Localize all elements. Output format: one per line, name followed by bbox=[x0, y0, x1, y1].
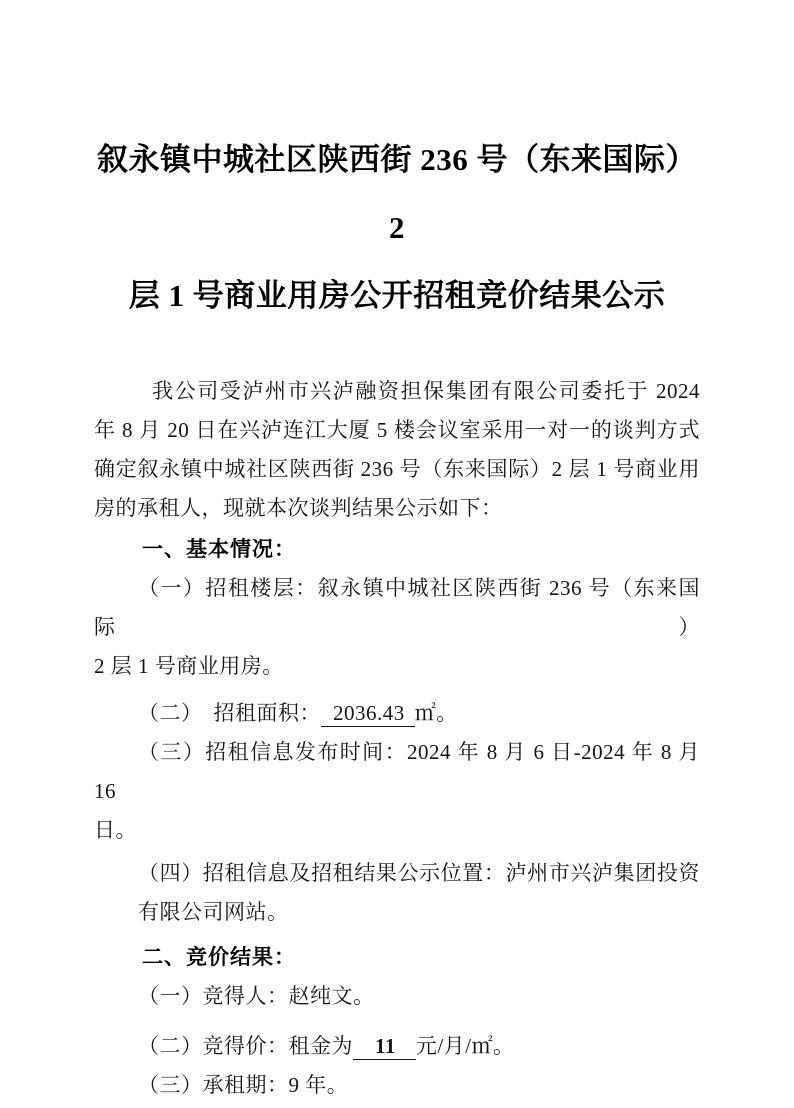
rental-area-value: 2036.43 bbox=[321, 701, 415, 727]
intro-paragraph: 我公司受泸州市兴泸融资担保集团有限公司委托于 2024年 8 月 20 日在兴泸… bbox=[94, 372, 700, 528]
rental-area-label: （二） 招租面积： bbox=[138, 701, 321, 725]
page-title-line-1: 叙永镇中城社区陕西街 236 号（东来国际）2 bbox=[94, 126, 700, 262]
rental-area-unit: ㎡。 bbox=[415, 701, 458, 725]
section-1-heading: 一、基本情况： bbox=[94, 530, 700, 569]
publish-time-item: （三）招租信息发布时间：2024 年 8 月 6 日-2024 年 8 月 16… bbox=[94, 733, 700, 850]
price-value: 11 bbox=[353, 1034, 416, 1060]
document-body: 我公司受泸州市兴泸融资担保集团有限公司委托于 2024年 8 月 20 日在兴泸… bbox=[94, 372, 700, 1105]
text-line: 有限公司网站。 bbox=[138, 893, 700, 932]
document-title: 叙永镇中城社区陕西街 236 号（东来国际）2 层 1 号商业用房公开招租竞价结… bbox=[94, 0, 700, 330]
text-line: 年 8 月 20 日在兴泸连江大厦 5 楼会议室采用一对一的谈判方式 bbox=[94, 411, 700, 450]
page-title-line-2: 层 1 号商业用房公开招租竞价结果公示 bbox=[94, 262, 700, 330]
publish-location-item: （四）招租信息及招租结果公示位置：泸州市兴泸集团投资有限公司网站。 bbox=[138, 854, 700, 932]
text-line: （一）招租楼层：叙永镇中城社区陕西街 236 号（东来国际） bbox=[94, 569, 700, 647]
rental-area-item: （二） 招租面积：2036.43㎡。 bbox=[94, 694, 700, 733]
text-line: 确定叙永镇中城社区陕西街 236 号（东来国际）2 层 1 号商业用 bbox=[94, 450, 700, 489]
text-line: 日。 bbox=[94, 811, 700, 850]
section-2-heading: 二、竞价结果： bbox=[94, 938, 700, 977]
text-line: 房的承租人，现就本次谈判结果公示如下： bbox=[94, 489, 700, 528]
text-line: 2 层 1 号商业用房。 bbox=[94, 647, 700, 686]
text-line: （三）招租信息发布时间：2024 年 8 月 6 日-2024 年 8 月 16 bbox=[94, 733, 700, 811]
text-line: （四）招租信息及招租结果公示位置：泸州市兴泸集团投资 bbox=[138, 854, 700, 893]
price-unit: 元/月/㎡。 bbox=[416, 1034, 515, 1058]
price-label: （二）竞得价：租金为 bbox=[138, 1034, 353, 1058]
winner-item: （一）竞得人：赵纯文。 bbox=[94, 977, 700, 1016]
lease-term-item: （三）承租期：9 年。 bbox=[94, 1066, 700, 1105]
rental-floor-item: （一）招租楼层：叙永镇中城社区陕西街 236 号（东来国际）2 层 1 号商业用… bbox=[94, 569, 700, 686]
price-item: （二）竞得价：租金为11元/月/㎡。 bbox=[94, 1027, 700, 1066]
document-page: 叙永镇中城社区陕西街 236 号（东来国际）2 层 1 号商业用房公开招租竞价结… bbox=[0, 0, 794, 1108]
text-line: 我公司受泸州市兴泸融资担保集团有限公司委托于 2024 bbox=[94, 372, 700, 411]
